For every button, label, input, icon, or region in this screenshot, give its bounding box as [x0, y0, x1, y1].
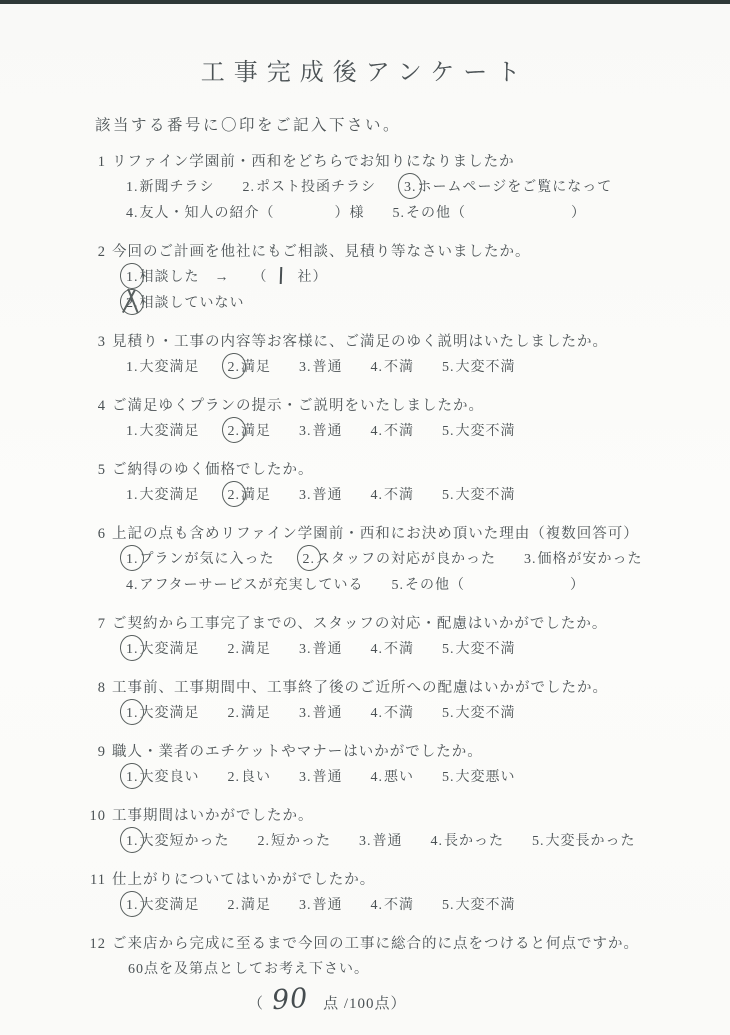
question-text: 工事前、工事期間中、工事終了後のご近所への配慮はいかがでしたか。: [112, 676, 608, 701]
question-4: 4ご満足ゆくプランの提示・ご説明をいたしましたか。1.大変満足2.満足3.普通4…: [0, 394, 730, 445]
question-text: 工事期間はいかがでしたか。: [112, 804, 314, 829]
option-label: 不満: [384, 360, 414, 375]
question-8: 8工事前、工事期間中、工事終了後のご近所への配慮はいかがでしたか。1.大変満足2…: [0, 676, 730, 727]
option-number: 4.: [371, 765, 384, 791]
option-label: 不満: [384, 706, 414, 721]
option-label: 普通: [313, 770, 343, 785]
q11-option-3: 3.普通: [299, 893, 343, 919]
option-number: 4.: [371, 637, 384, 663]
q10-option-4: 4.長かった: [431, 829, 505, 855]
option-label: 不満: [384, 424, 414, 439]
option-number: 5.: [393, 201, 406, 227]
option-number: 3.: [299, 701, 312, 727]
q6-option-2: 2.スタッフの対応が良かった: [303, 547, 497, 573]
q6-option-5: 5.その他（ ）: [392, 573, 586, 599]
question-12-head: 12ご来店から完成に至るまで今回の工事に総合的に点をつけると何点ですか。: [0, 932, 730, 957]
q8-option-3: 3.普通: [299, 701, 343, 727]
q7-option-1: 1.大変満足: [126, 637, 200, 663]
option-label: 普通: [313, 424, 343, 439]
option-label: 普通: [313, 706, 343, 721]
q3-option-5: 5.大変不満: [442, 355, 516, 381]
option-number: 4.: [431, 829, 444, 855]
option-label: 満足: [241, 488, 271, 503]
handwritten-company-count: [279, 267, 282, 284]
q6-option-4: 4.アフターサービスが充実している: [126, 573, 364, 599]
q3-option-3: 3.普通: [299, 355, 343, 381]
form-instruction: 該当する番号に〇印をご記入下さい。: [0, 113, 730, 135]
option-label: 大変不満: [456, 360, 516, 375]
q8-option-1: 1.大変満足: [126, 701, 200, 727]
question-text: 仕上がりについてはいかがでしたか。: [112, 868, 375, 893]
question-6-head: 6上記の点も含めリファイン学園前・西和にお決め頂いた理由（複数回答可）: [0, 522, 730, 547]
question-number: 10: [88, 804, 106, 829]
q9-option-4: 4.悪い: [371, 765, 415, 791]
handwritten-circle-mark: 1.: [126, 547, 139, 573]
question-number: 12: [88, 932, 106, 957]
score-unit: 点: [318, 996, 344, 1012]
option-number: 2.: [228, 893, 241, 919]
question-2: 2今回のご計画を他社にもご相談、見積り等なさいましたか。1.相談した → （社）…: [0, 240, 730, 317]
question-note: 60点を及第点としてお考え下さい。: [0, 957, 730, 983]
option-number: 2.: [258, 829, 271, 855]
option-label: 友人・知人の紹介（ ）様: [140, 206, 365, 221]
option-label: 大変悪い: [456, 770, 516, 785]
handwritten-circle-mark: 1.: [126, 701, 139, 727]
option-label: ポスト投函チラシ: [256, 180, 376, 195]
option-label: 満足: [241, 642, 271, 657]
question-5: 5ご納得のゆく価格でしたか。1.大変満足2.満足3.普通4.不満5.大変不満: [0, 458, 730, 509]
question-number: 9: [88, 740, 106, 765]
option-number: 4.: [371, 893, 384, 919]
option-label: 大変長かった: [546, 834, 636, 849]
option-label: 大変短かった: [140, 834, 230, 849]
option-label: 満足: [241, 360, 271, 375]
question-number: 2: [88, 240, 106, 265]
question-10-head: 10工事期間はいかがでしたか。: [0, 804, 730, 829]
handwritten-circle-mark: 2.: [303, 547, 316, 573]
option-label: 普通: [313, 898, 343, 913]
option-number: 3.: [299, 483, 312, 509]
handwritten-circle-mark: 1.: [126, 765, 139, 791]
handwritten-score: 90: [271, 982, 310, 1018]
question-10: 10工事期間はいかがでしたか。1.大変短かった2.短かった3.普通4.長かった5…: [0, 804, 730, 855]
question-number: 1: [88, 150, 106, 175]
option-label: 不満: [384, 488, 414, 503]
option-label: 不満: [384, 898, 414, 913]
option-label: その他（ ）: [406, 206, 586, 221]
q4-option-2: 2.満足: [228, 419, 272, 445]
handwritten-circle-mark: 2.: [228, 483, 241, 509]
option-label: 価格が安かった: [538, 552, 643, 567]
q6-options-row-1: 1.プランが気に入った2.スタッフの対応が良かった3.価格が安かった: [0, 547, 730, 573]
option-number: 4.: [371, 701, 384, 727]
option-number: 5.: [392, 573, 405, 599]
q2-option-2: 2.相談していない: [126, 291, 245, 317]
q9-option-3: 3.普通: [299, 765, 343, 791]
option-number: 1.: [126, 355, 139, 381]
option-number: 3.: [359, 829, 372, 855]
option-number: 5.: [442, 893, 455, 919]
q10-options-row-1: 1.大変短かった2.短かった3.普通4.長かった5.大変長かった: [0, 829, 730, 855]
question-text: ご満足ゆくプランの提示・ご説明をいたしましたか。: [112, 394, 484, 419]
option-number: 3.: [524, 547, 537, 573]
q3-option-4: 4.不満: [371, 355, 415, 381]
q3-option-1: 1.大変満足: [126, 355, 200, 381]
handwritten-circle-mark: 1.: [126, 829, 139, 855]
question-4-head: 4ご満足ゆくプランの提示・ご説明をいたしましたか。: [0, 394, 730, 419]
option-label: 悪い: [384, 770, 414, 785]
q4-option-1: 1.大変満足: [126, 419, 200, 445]
q4-option-3: 3.普通: [299, 419, 343, 445]
option-number: 2.: [228, 637, 241, 663]
option-number: 5.: [532, 829, 545, 855]
q9-option-5: 5.大変悪い: [442, 765, 516, 791]
option-label: 普通: [313, 488, 343, 503]
question-12: 12ご来店から完成に至るまで今回の工事に総合的に点をつけると何点ですか。60点を…: [0, 932, 730, 1021]
question-1: 1リファイン学園前・西和をどちらでお知りになりましたか1.新聞チラシ2.ポスト投…: [0, 150, 730, 227]
option-number: 2.: [243, 175, 256, 201]
option-label: プランが気に入った: [140, 552, 275, 567]
option-number: 3.: [299, 419, 312, 445]
question-1-head: 1リファイン学園前・西和をどちらでお知りになりましたか: [0, 150, 730, 175]
form-title: 工事完成後アンケート: [0, 0, 730, 87]
q9-options-row-1: 1.大変良い2.良い3.普通4.悪い5.大変悪い: [0, 765, 730, 791]
handwritten-scribble-mark: 2.: [126, 291, 139, 317]
option-label: その他（ ）: [405, 578, 585, 593]
option-label: 普通: [313, 360, 343, 375]
option-label: 良い: [241, 770, 271, 785]
q5-option-4: 4.不満: [371, 483, 415, 509]
option-label: 不満: [384, 642, 414, 657]
q10-option-3: 3.普通: [359, 829, 403, 855]
question-number: 6: [88, 522, 106, 547]
q11-options-row-1: 1.大変満足2.満足3.普通4.不満5.大変不満: [0, 893, 730, 919]
q2-option-1: 1.相談した → （社）: [126, 265, 328, 291]
question-11: 11仕上がりについてはいかがでしたか。1.大変満足2.満足3.普通4.不満5.大…: [0, 868, 730, 919]
option-label: アフターサービスが充実している: [140, 578, 364, 593]
q1-option-4: 4.友人・知人の紹介（ ）様: [126, 201, 365, 227]
q3-options-row-1: 1.大変満足2.満足3.普通4.不満5.大変不満: [0, 355, 730, 381]
option-label: 大変不満: [456, 488, 516, 503]
option-number: 3.: [299, 355, 312, 381]
option-number: 5.: [442, 419, 455, 445]
q9-option-2: 2.良い: [228, 765, 272, 791]
question-text: 職人・業者のエチケットやマナーはいかがでしたか。: [112, 740, 483, 765]
scan-edge-artifact: [0, 0, 730, 4]
option-label: 普通: [313, 642, 343, 657]
q11-option-1: 1.大変満足: [126, 893, 200, 919]
option-label: 大変満足: [140, 642, 200, 657]
q7-options-row-1: 1.大変満足2.満足3.普通4.不満5.大変不満: [0, 637, 730, 663]
handwritten-circle-mark: 1.: [126, 893, 139, 919]
q1-option-1: 1.新聞チラシ: [126, 175, 215, 201]
q3-option-2: 2.満足: [228, 355, 272, 381]
option-number: 4.: [371, 355, 384, 381]
option-label: 大変不満: [456, 424, 516, 439]
q9-option-1: 1.大変良い: [126, 765, 200, 791]
option-label: 大変不満: [456, 642, 516, 657]
option-label: 大変満足: [140, 424, 200, 439]
question-2-head: 2今回のご計画を他社にもご相談、見積り等なさいましたか。: [0, 240, 730, 265]
q8-option-2: 2.満足: [228, 701, 272, 727]
option-label: 大変不満: [456, 706, 516, 721]
q1-option-3: 3.ホームページをご覧になって: [404, 175, 612, 201]
question-9: 9職人・業者のエチケットやマナーはいかがでしたか。1.大変良い2.良い3.普通4…: [0, 740, 730, 791]
q1-options-row-2: 4.友人・知人の紹介（ ）様5.その他（ ）: [0, 201, 730, 227]
q5-option-1: 1.大変満足: [126, 483, 200, 509]
option-label: ホームページをご覧になって: [418, 180, 613, 195]
question-text: 今回のご計画を他社にもご相談、見積り等なさいましたか。: [112, 240, 531, 265]
q6-option-3: 3.価格が安かった: [524, 547, 643, 573]
q2-options-row-2: 2.相談していない: [0, 291, 730, 317]
option-number: 5.: [442, 637, 455, 663]
option-number: 2.: [228, 701, 241, 727]
option-label: 相談していない: [140, 296, 245, 311]
question-number: 7: [88, 612, 106, 637]
q5-option-2: 2.満足: [228, 483, 272, 509]
option-label: 満足: [241, 706, 271, 721]
option-number: 2.: [228, 765, 241, 791]
question-number: 4: [88, 394, 106, 419]
question-number: 11: [88, 868, 106, 893]
q2-options-row-1: 1.相談した → （社）: [0, 265, 730, 291]
q10-option-5: 5.大変長かった: [532, 829, 636, 855]
option-number: 3.: [299, 893, 312, 919]
question-number: 8: [88, 676, 106, 701]
q11-option-4: 4.不満: [371, 893, 415, 919]
q6-options-row-2: 4.アフターサービスが充実している5.その他（ ）: [0, 573, 730, 599]
q7-option-2: 2.満足: [228, 637, 272, 663]
question-text: ご契約から工事完了までの、スタッフの対応・配慮はいかがでしたか。: [112, 612, 607, 637]
option-label: 普通: [373, 834, 403, 849]
q4-option-4: 4.不満: [371, 419, 415, 445]
option-number: 3.: [299, 637, 312, 663]
option-number: 1.: [126, 483, 139, 509]
option-label: 大変不満: [456, 898, 516, 913]
question-text: ご来店から完成に至るまで今回の工事に総合的に点をつけると何点ですか。: [112, 932, 639, 957]
option-label: 相談した: [140, 270, 200, 285]
question-5-head: 5ご納得のゆく価格でしたか。: [0, 458, 730, 483]
option-label: 大変満足: [140, 898, 200, 913]
q10-option-2: 2.短かった: [258, 829, 332, 855]
q8-option-4: 4.不満: [371, 701, 415, 727]
option-number: 4.: [126, 201, 139, 227]
option-number: 4.: [371, 419, 384, 445]
option-label: 長かった: [444, 834, 504, 849]
handwritten-circle-mark: 2.: [228, 355, 241, 381]
option-number: 1.: [126, 419, 139, 445]
question-7-head: 7ご契約から工事完了までの、スタッフの対応・配慮はいかがでしたか。: [0, 612, 730, 637]
option-label: 新聞チラシ: [140, 180, 215, 195]
option-number: 3.: [299, 765, 312, 791]
question-7: 7ご契約から工事完了までの、スタッフの対応・配慮はいかがでしたか。1.大変満足2…: [0, 612, 730, 663]
question-8-head: 8工事前、工事期間中、工事終了後のご近所への配慮はいかがでしたか。: [0, 676, 730, 701]
q5-option-5: 5.大変不満: [442, 483, 516, 509]
question-9-head: 9職人・業者のエチケットやマナーはいかがでしたか。: [0, 740, 730, 765]
question-number: 5: [88, 458, 106, 483]
question-text: 見積り・工事の内容等お客様に、ご満足のゆく説明はいたしましたか。: [112, 330, 608, 355]
option-number: 5.: [442, 701, 455, 727]
option-label: 大変満足: [140, 488, 200, 503]
q1-option-5: 5.その他（ ）: [393, 201, 587, 227]
q7-option-4: 4.不満: [371, 637, 415, 663]
question-11-head: 11仕上がりについてはいかがでしたか。: [0, 868, 730, 893]
question-3: 3見積り・工事の内容等お客様に、ご満足のゆく説明はいたしましたか。1.大変満足2…: [0, 330, 730, 381]
questions: 1リファイン学園前・西和をどちらでお知りになりましたか1.新聞チラシ2.ポスト投…: [0, 150, 730, 1021]
q8-options-row-1: 1.大変満足2.満足3.普通4.不満5.大変不満: [0, 701, 730, 727]
q11-option-5: 5.大変不満: [442, 893, 516, 919]
score-line: （90 点 /100点）: [0, 983, 730, 1021]
q7-option-3: 3.普通: [299, 637, 343, 663]
option-label: 大変良い: [140, 770, 200, 785]
handwritten-circle-mark: 1.: [126, 637, 139, 663]
option-suffix: 社）: [298, 270, 328, 285]
option-number: 4.: [126, 573, 139, 599]
option-number: 5.: [442, 483, 455, 509]
q4-options-row-1: 1.大変満足2.満足3.普通4.不満5.大変不満: [0, 419, 730, 445]
q5-options-row-1: 1.大変満足2.満足3.普通4.不満5.大変不満: [0, 483, 730, 509]
option-label: 短かった: [271, 834, 331, 849]
option-label: 大変満足: [140, 360, 200, 375]
option-number: 4.: [371, 483, 384, 509]
handwritten-circle-mark: 2.: [228, 419, 241, 445]
handwritten-circle-mark: 1.: [126, 265, 139, 291]
option-label: スタッフの対応が良かった: [316, 552, 496, 567]
q7-option-5: 5.大変不満: [442, 637, 516, 663]
q11-option-2: 2.満足: [228, 893, 272, 919]
option-number: 5.: [442, 355, 455, 381]
option-label: 満足: [241, 424, 271, 439]
question-text: ご納得のゆく価格でしたか。: [112, 458, 314, 483]
question-3-head: 3見積り・工事の内容等お客様に、ご満足のゆく説明はいたしましたか。: [0, 330, 730, 355]
option-label: 満足: [241, 898, 271, 913]
q5-option-3: 3.普通: [299, 483, 343, 509]
q10-option-1: 1.大変短かった: [126, 829, 230, 855]
q4-option-5: 5.大変不満: [442, 419, 516, 445]
option-number: 5.: [442, 765, 455, 791]
question-6: 6上記の点も含めリファイン学園前・西和にお決め頂いた理由（複数回答可）1.プラン…: [0, 522, 730, 599]
q6-option-1: 1.プランが気に入った: [126, 547, 275, 573]
option-number: 1.: [126, 175, 139, 201]
option-label: 大変満足: [140, 706, 200, 721]
option-suffix: → （: [200, 270, 268, 285]
scribble-stroke: [122, 291, 140, 313]
paren-open: （: [248, 996, 264, 1012]
question-number: 3: [88, 330, 106, 355]
q1-option-2: 2.ポスト投函チラシ: [243, 175, 377, 201]
scanned-survey-page: 工事完成後アンケート 該当する番号に〇印をご記入下さい。 1リファイン学園前・西…: [0, 0, 730, 1035]
question-text: リファイン学園前・西和をどちらでお知りになりましたか: [112, 150, 515, 175]
q1-options-row-1: 1.新聞チラシ2.ポスト投函チラシ3.ホームページをご覧になって: [0, 175, 730, 201]
score-denominator: /100点）: [344, 996, 407, 1012]
q8-option-5: 5.大変不満: [442, 701, 516, 727]
handwritten-circle-mark: 3.: [404, 175, 417, 201]
question-text: 上記の点も含めリファイン学園前・西和にお決め頂いた理由（複数回答可）: [112, 522, 639, 547]
